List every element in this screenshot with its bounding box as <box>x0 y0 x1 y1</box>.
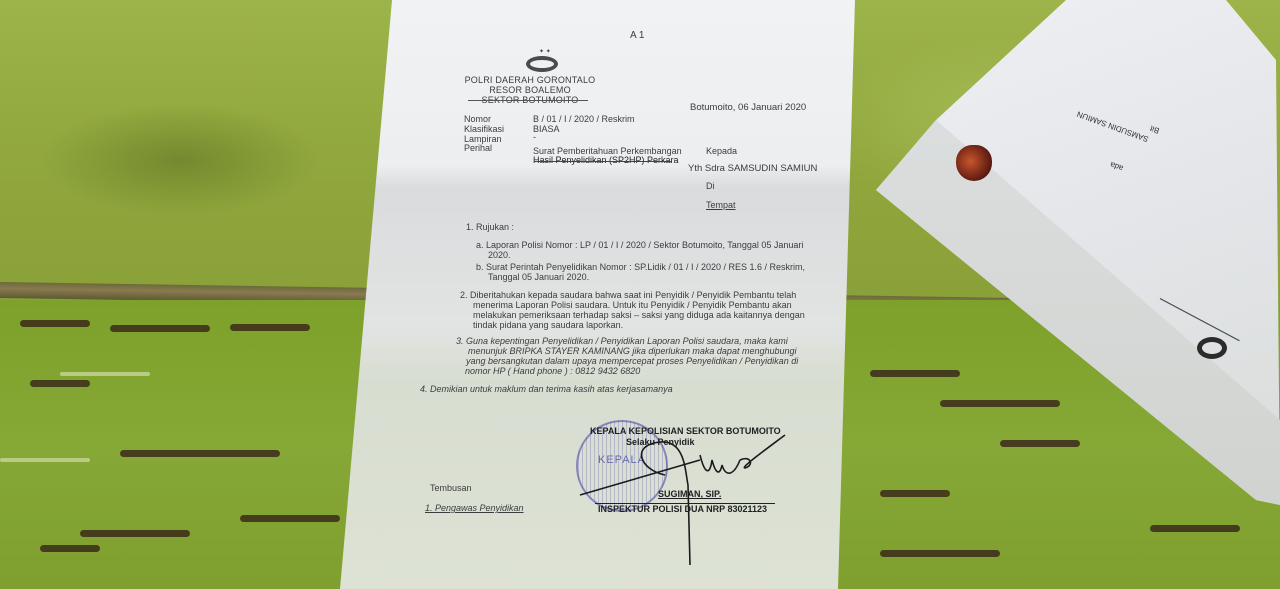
paint-peel <box>1150 525 1240 532</box>
rujukan-a-line-1: a. Laporan Polisi Nomor : LP / 01 / I / … <box>476 240 803 250</box>
paragraph-2-line-2: menerima Laporan Polisi saudara. Untuk i… <box>473 300 792 310</box>
header-line-2: RESOR BOALEMO <box>455 85 605 95</box>
paint-peel <box>880 490 950 497</box>
paint-peel <box>870 370 960 377</box>
polri-logo-icon <box>1197 337 1227 359</box>
klasifikasi-label: Klasifikasi <box>464 124 504 134</box>
tembusan-item-1: 1. Pengawas Penyidikan <box>425 503 524 513</box>
signatory-name: SUGIMAN, SIP. <box>658 489 721 499</box>
rujukan-b-line-1: b. Surat Perintah Penyelidikan Nomor : S… <box>476 262 805 272</box>
place-date: Botumoito, 06 Januari 2020 <box>690 102 806 113</box>
nomor-label: Nomor <box>464 114 491 124</box>
paint-peel <box>60 372 150 376</box>
lampiran-value: - <box>533 132 536 142</box>
paragraph-3-line-3: yang bersangkutan dalam upaya mempercepa… <box>466 356 798 366</box>
rujukan-title: 1. Rujukan : <box>466 222 514 232</box>
paint-peel <box>240 515 340 522</box>
di-label: Di <box>706 181 715 191</box>
paint-peel <box>0 458 90 462</box>
perihal-underline <box>534 161 672 162</box>
logo-stars-icon: ✦ ✦ <box>539 48 551 55</box>
tembusan-label: Tembusan <box>430 483 472 493</box>
nomor-value: B / 01 / I / 2020 / Reskrim <box>533 114 635 124</box>
tempat-label: Tempat <box>706 200 736 210</box>
paint-peel <box>940 400 1060 407</box>
paint-peel <box>1000 440 1080 447</box>
paragraph-4: 4. Demikian untuk maklum dan terima kasi… <box>420 384 673 394</box>
paragraph-2-line-3: melakukan pemeriksaan terhadap saksi – s… <box>473 310 805 320</box>
paint-peel <box>40 545 100 552</box>
header-line-1: POLRI DAERAH GORONTALO <box>455 75 605 85</box>
klasifikasi-value: BIASA <box>533 124 560 134</box>
paint-peel <box>880 550 1000 557</box>
paint-peel <box>110 325 210 332</box>
header-underline <box>468 100 588 101</box>
perihal-line-2: Hasil Penyelidikan (SP2HP) Perkara <box>533 155 679 165</box>
rujukan-a-line-2: 2020. <box>488 250 511 260</box>
paint-peel <box>120 450 280 457</box>
signatory-rank: INSPEKTUR POLISI DUA NRP 83021123 <box>598 504 767 514</box>
paragraph-2-line-4: tindak pidana yang saudara laporkan. <box>473 320 623 330</box>
police-emblem-icon <box>956 145 992 181</box>
paint-peel <box>80 530 190 537</box>
handwritten-signature <box>570 430 790 570</box>
paragraph-3-line-1: 3. Guna kepentingan Penyelidikan / Penyi… <box>456 336 788 346</box>
paragraph-3-line-4: nomor HP ( Hand phone ) : 0812 9432 6820 <box>465 366 640 376</box>
perihal-label: Perihal <box>464 143 492 153</box>
paragraph-2-line-1: 2. Diberitahukan kepada saudara bahwa sa… <box>460 290 796 300</box>
rujukan-b-line-2: Tanggal 05 Januari 2020. <box>488 272 589 282</box>
paint-peel <box>230 324 310 331</box>
letter-paper: A 1 ✦ ✦ POLRI DAERAH GORONTALO RESOR BOA… <box>340 0 860 589</box>
paint-peel <box>30 380 90 387</box>
page-code: A 1 <box>630 30 644 41</box>
paragraph-3-line-2: menunjuk BRIPKA STAYER KAMINANG jika dip… <box>468 346 797 356</box>
kepada-label: Kepada <box>706 146 737 156</box>
polri-logo-icon <box>526 56 558 72</box>
recipient-name: Yth Sdra SAMSUDIN SAMIUN <box>688 163 817 174</box>
paint-peel <box>20 320 90 327</box>
